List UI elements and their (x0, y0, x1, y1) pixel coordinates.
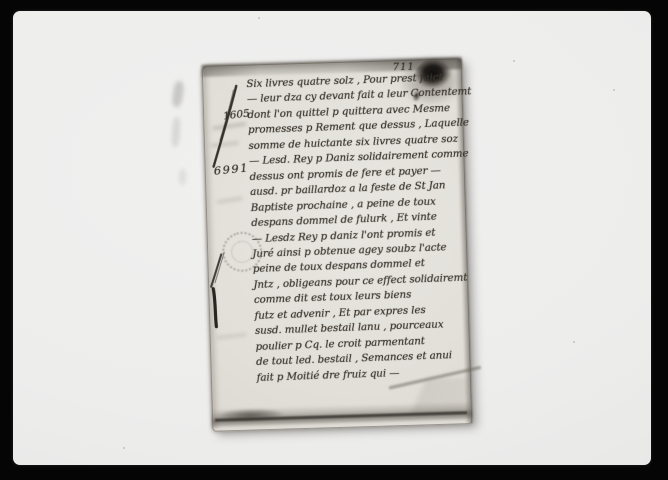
dust-speck (258, 17, 260, 19)
manuscript-text: Six livres quatre solz , Pour prest faic… (246, 70, 467, 386)
backing-sheet: 711 1605 6991 Six livres quatre solz , P… (13, 11, 651, 465)
ink-transfer-smudge (171, 117, 181, 147)
scan-canvas: 711 1605 6991 Six livres quatre solz , P… (0, 0, 668, 480)
dust-speck (613, 89, 615, 91)
manuscript-page: 711 1605 6991 Six livres quatre solz , P… (202, 58, 473, 432)
ink-transfer-smudge (179, 169, 186, 185)
dust-speck (513, 60, 515, 62)
dust-speck (573, 341, 575, 343)
ink-transfer-smudge (171, 80, 185, 107)
dust-speck (123, 447, 125, 449)
